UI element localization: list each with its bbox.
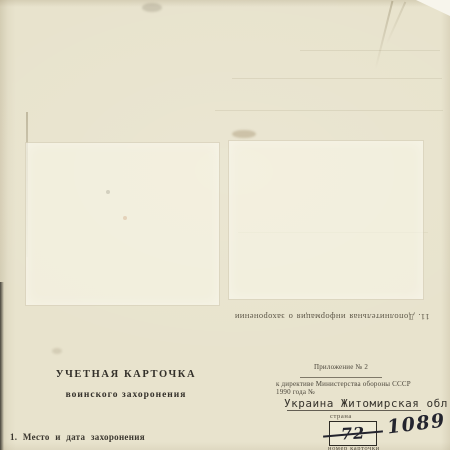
annex-line1: Приложение № 2 [275, 363, 407, 371]
bleed-line [300, 50, 440, 51]
smudge-stain [232, 130, 256, 138]
bleed-line [232, 78, 442, 79]
scanned-card-reverse: 11. Дополнительная информация о захороне… [0, 0, 450, 450]
country-label: страна [330, 413, 352, 420]
annex-underline [300, 377, 382, 378]
card-title: УЧЕТНАЯ КАРТОЧКА [40, 369, 212, 380]
annex-line3: 1990 года № [276, 388, 356, 396]
card-subtitle: воинского захоронения [40, 390, 212, 400]
smudge-stain [52, 348, 62, 354]
section-1-caption: 1. Место и дата захоронения [10, 432, 145, 442]
annex-line2: к директиве Министерства обороны СССР [276, 380, 436, 388]
country-underline [287, 410, 421, 411]
scan-edge-shadow [0, 282, 4, 450]
bleed-line [215, 110, 443, 111]
section-11-caption-rotated: 11. Дополнительная информация о захороне… [222, 312, 442, 322]
photo-patch-right [228, 140, 424, 300]
card-number-new: 1089 [386, 409, 447, 438]
card-number-label: номер карточки [328, 445, 380, 450]
photo-patch-left [25, 142, 220, 306]
country-value: Украина Житомирская обл. [284, 397, 450, 410]
torn-corner-highlight [416, 0, 450, 16]
smudge-stain [142, 3, 162, 12]
card-header: УЧЕТНАЯ КАРТОЧКА воинского захоронения [40, 369, 212, 400]
